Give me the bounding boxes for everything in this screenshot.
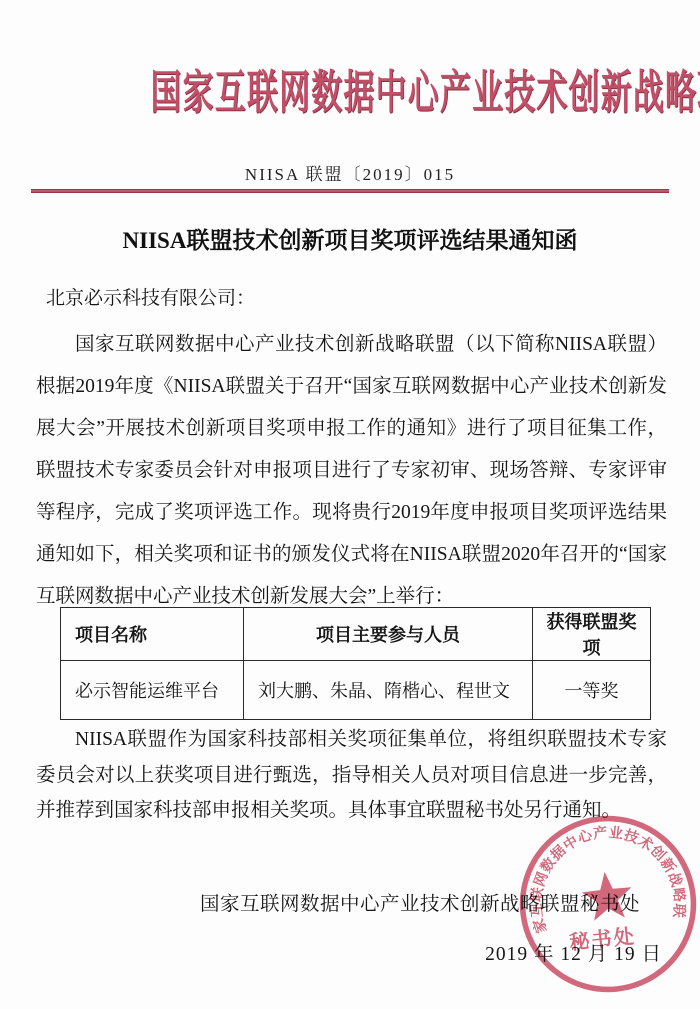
body-paragraph-2: NIISA联盟作为国家科技部相关奖项征集单位，将组织联盟技术专家委员会对以上获奖… (36, 722, 667, 829)
table-header-row: 项目名称 项目主要参与人员 获得联盟奖项 (61, 608, 651, 661)
header-project-name: 项目名称 (61, 608, 244, 661)
body-paragraph-1: 国家互联网数据中心产业技术创新战略联盟（以下简称NIISA联盟）根据2019年度… (36, 324, 667, 618)
date-line: 2019 年 12 月 19 日 (0, 938, 662, 966)
header-participants: 项目主要参与人员 (244, 608, 533, 661)
header-award: 获得联盟奖项 (533, 608, 651, 661)
cell-project-name: 必示智能运维平台 (61, 661, 244, 720)
signature-line: 国家互联网数据中心产业技术创新战略联盟秘书处 (0, 888, 640, 916)
cell-award: 一等奖 (533, 661, 651, 720)
cell-participants: 刘大鹏、朱晶、隋楷心、程世文 (244, 661, 533, 720)
letterhead-title: 国家互联网数据中心产业技术创新战略联盟 (0, 56, 700, 122)
table-row: 必示智能运维平台 刘大鹏、朱晶、隋楷心、程世文 一等奖 (61, 661, 651, 720)
document-number: NIISA 联盟〔2019〕015 (0, 160, 700, 185)
addressee: 北京必示科技有限公司： (46, 283, 666, 310)
document-page: 国家互联网数据中心产业技术创新战略联盟 NIISA 联盟〔2019〕015 NI… (0, 0, 700, 1009)
awards-table: 项目名称 项目主要参与人员 获得联盟奖项 必示智能运维平台 刘大鹏、朱晶、隋楷心… (60, 607, 651, 720)
letterhead-title-text: 国家互联网数据中心产业技术创新战略联盟 (150, 56, 700, 122)
red-divider (31, 189, 669, 193)
notice-title: NIISA联盟技术创新项目奖项评选结果通知函 (0, 222, 700, 255)
